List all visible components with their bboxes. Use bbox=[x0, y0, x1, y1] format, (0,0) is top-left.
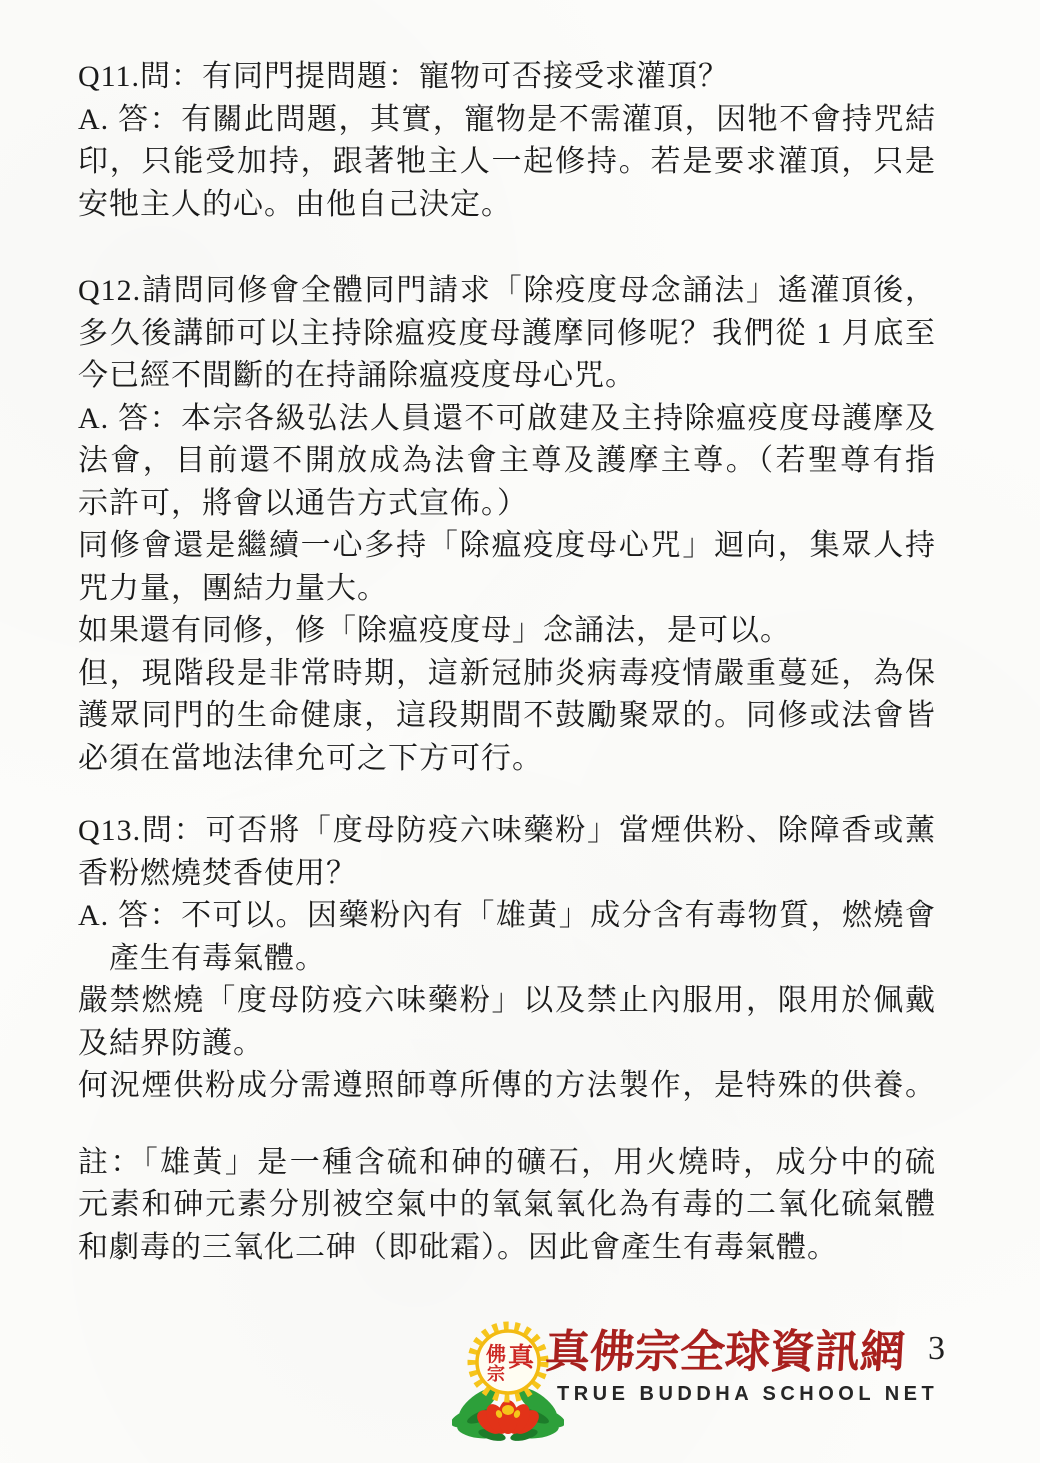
paragraph-block-q13: Q13.問：可否將「度母防疫六味藥粉」當煙供粉、除障香或薰香粉燃燒焚香使用？A.… bbox=[78, 810, 936, 1108]
paragraph-block-q11: Q11.問：有同門提問題：寵物可否接受求灌頂？A. 答：有關此問題，其實，寵物是… bbox=[78, 56, 936, 226]
text-line: 元素和砷元素分別被空氣中的氧氣氧化為有毒的二氧化硫氣體 bbox=[78, 1184, 936, 1227]
paragraph-block-q12: Q12.請問同修會全體同門請求「除疫度母念誦法」遙灌頂後，多久後講師可以主持除瘟… bbox=[78, 270, 936, 780]
text-line: A. 答：不可以。因藥粉內有「雄黃」成分含有毒物質，燃燒會 bbox=[78, 895, 936, 938]
text-line: 嚴禁燃燒「度母防疫六味藥粉」以及禁止內服用，限用於佩戴 bbox=[78, 980, 936, 1023]
seal-char-zhen: 真 bbox=[508, 1343, 535, 1372]
text-line: 何況煙供粉成分需遵照師尊所傳的方法製作，是特殊的供養。 bbox=[78, 1065, 936, 1108]
page-number: 3 bbox=[928, 1330, 945, 1368]
text-line: 印，只能受加持，跟著牠主人一起修持。若是要求灌頂，只是 bbox=[78, 141, 936, 184]
text-line: 今已經不間斷的在持誦除瘟疫度母心咒。 bbox=[78, 355, 936, 398]
brand-title-english: TRUE BUDDHA SCHOOL NET bbox=[557, 1383, 925, 1406]
text-line: Q11.問：有同門提問題：寵物可否接受求灌頂？ bbox=[78, 56, 936, 99]
text-line: A. 答：有關此問題，其實，寵物是不需灌頂，因牠不會持咒結 bbox=[78, 99, 936, 142]
text-line: 但，現階段是非常時期，這新冠肺炎病毒疫情嚴重蔓延，為保 bbox=[78, 653, 936, 696]
text-line: 香粉燃燒焚香使用？ bbox=[78, 853, 936, 896]
paragraph-block-note: 註：「雄黃」是一種含硫和砷的礦石，用火燒時，成分中的硫元素和砷元素分別被空氣中的… bbox=[78, 1142, 936, 1270]
text-line: 同修會還是繼續一心多持「除瘟疫度母心咒」迴向，集眾人持 bbox=[78, 525, 936, 568]
brand-title-chinese: 真佛宗全球資訊網 bbox=[544, 1324, 927, 1380]
text-line: Q12.請問同修會全體同門請求「除疫度母念誦法」遙灌頂後， bbox=[78, 270, 936, 313]
text-line: 如果還有同修，修「除瘟疫度母」念誦法，是可以。 bbox=[78, 610, 936, 653]
text-line: 產生有毒氣體。 bbox=[78, 938, 936, 981]
text-line: 必須在當地法律允可之下方可行。 bbox=[78, 738, 936, 781]
text-line: 法會，目前還不開放成為法會主尊及護摩主尊。（若聖尊有指 bbox=[78, 440, 936, 483]
text-line: 安牠主人的心。由他自己決定。 bbox=[78, 184, 936, 227]
seal-char-zong: 宗 bbox=[487, 1363, 505, 1384]
text-line: 及結界防護。 bbox=[78, 1023, 936, 1066]
seal-char-fo: 佛 bbox=[486, 1342, 506, 1366]
sun-icon: 佛 真 宗 bbox=[472, 1326, 544, 1398]
text-line: Q13.問：可否將「度母防疫六味藥粉」當煙供粉、除障香或薰 bbox=[78, 810, 936, 853]
text-line: 和劇毒的三氧化二砷（即砒霜）。因此會產生有毒氣體。 bbox=[78, 1227, 936, 1270]
text-line: 註：「雄黃」是一種含硫和砷的礦石，用火燒時，成分中的硫 bbox=[78, 1142, 936, 1185]
brand-titles: 真佛宗全球資訊網 TRUE BUDDHA SCHOOL NET bbox=[545, 1324, 925, 1406]
text-line: 咒力量，團結力量大。 bbox=[78, 568, 936, 611]
text-line: 護眾同門的生命健康，這段期間不鼓勵聚眾的。同修或法會皆 bbox=[78, 695, 936, 738]
page-footer: 佛 真 宗 真佛宗全球資訊網 TRUE BUDDHA SCHOOL NET 3 bbox=[0, 1316, 1040, 1456]
document-body: Q11.問：有同門提問題：寵物可否接受求灌頂？A. 答：有關此問題，其實，寵物是… bbox=[78, 56, 936, 1269]
text-line: 示許可，將會以通告方式宣佈。） bbox=[78, 483, 936, 526]
text-line: A. 答：本宗各級弘法人員還不可啟建及主持除瘟疫度母護摩及 bbox=[78, 398, 936, 441]
scanned-document-page: { "page": { "number": "3", "background_c… bbox=[0, 0, 1040, 1463]
text-line: 多久後講師可以主持除瘟疫度母護摩同修呢？我們從 1 月底至 bbox=[78, 313, 936, 356]
